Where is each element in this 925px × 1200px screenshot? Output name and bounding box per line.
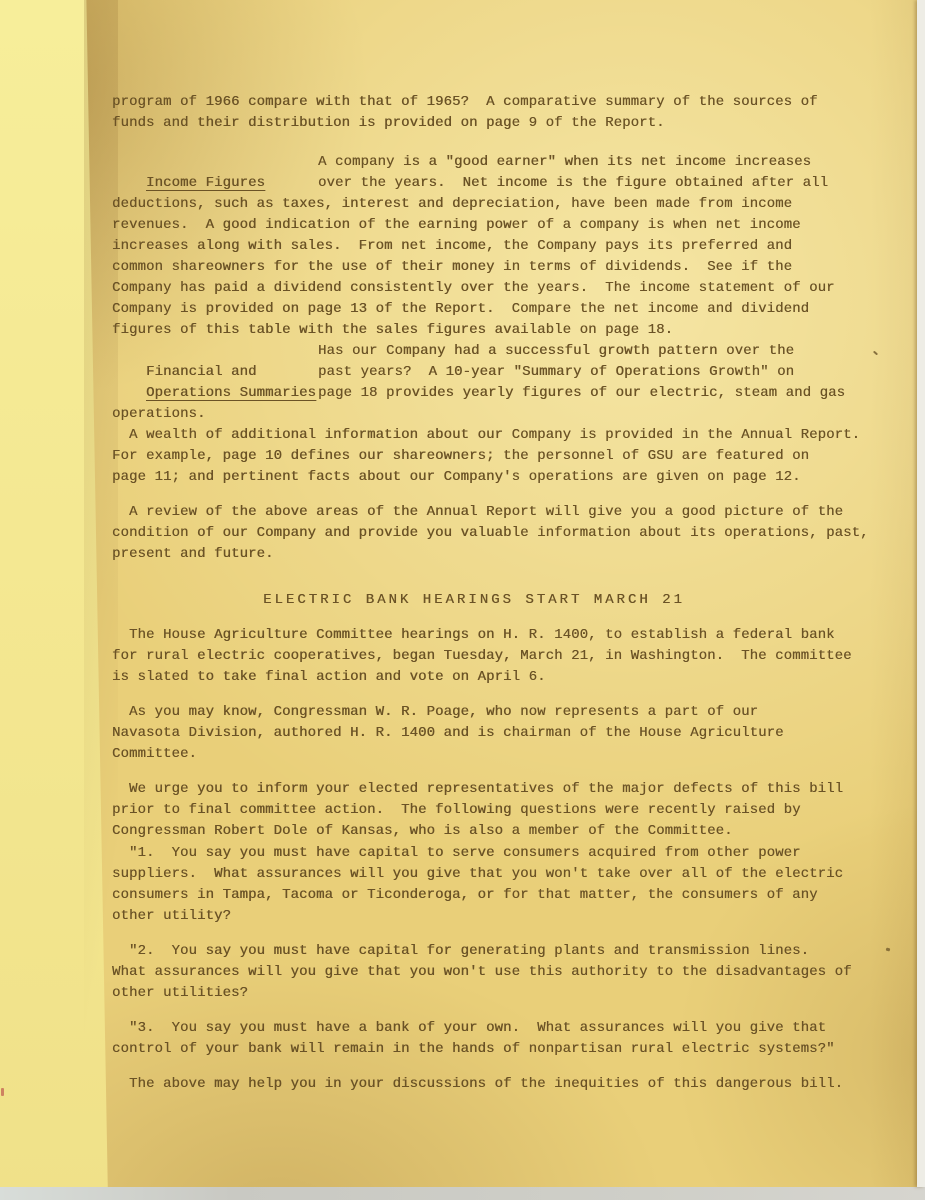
typed-line: We urge you to inform your elected repre… — [112, 779, 843, 800]
typed-line: funds and their distribution is provided… — [112, 113, 665, 134]
typed-line: common shareowners for the use of their … — [112, 257, 792, 278]
article-title: ELECTRIC BANK HEARINGS START MARCH 21 — [112, 590, 836, 611]
typed-line: A wealth of additional information about… — [112, 425, 860, 446]
typed-line: Congressman Robert Dole of Kansas, who i… — [112, 821, 733, 842]
typed-line: other utility? — [112, 906, 231, 927]
typed-line: Navasota Division, authored H. R. 1400 a… — [112, 723, 784, 744]
typed-line: condition of our Company and provide you… — [112, 523, 869, 544]
typed-line: Company is provided on page 13 of the Re… — [112, 299, 809, 320]
typed-line: is slated to take final action and vote … — [112, 667, 546, 688]
typed-line: "1. You say you must have capital to ser… — [112, 843, 801, 864]
scanned-document-page: { "paper": { "colors": { "page": "#e9cf7… — [0, 0, 925, 1200]
typed-line: past years? A 10-year "Summary of Operat… — [318, 362, 794, 383]
typed-line: deductions, such as taxes, interest and … — [112, 194, 792, 215]
section-row: Operations Summaries past years? A 10-ye… — [112, 362, 316, 383]
typed-text: program of 1966 compare with that of 196… — [0, 0, 925, 1200]
typed-line: program of 1966 compare with that of 196… — [112, 92, 818, 113]
typed-line: A review of the above areas of the Annua… — [112, 502, 843, 523]
typed-line: "3. You say you must have a bank of your… — [112, 1018, 826, 1039]
section-row: Financial and Has our Company had a succ… — [112, 341, 257, 362]
typed-line: other utilities? — [112, 983, 248, 1004]
typed-line: What assurances will you give that you w… — [112, 962, 852, 983]
typed-line: control of your bank will remain in the … — [112, 1039, 835, 1060]
typed-line: present and future. — [112, 544, 274, 565]
typed-line: suppliers. What assurances will you give… — [112, 864, 843, 885]
typed-line: Committee. — [112, 744, 197, 765]
typed-line: operations. — [112, 404, 206, 425]
section-heading-income-figures: Income Figures — [146, 175, 265, 191]
typed-line: The above may help you in your discussio… — [112, 1074, 843, 1095]
typed-line: Company has paid a dividend consistently… — [112, 278, 835, 299]
typed-line: figures of this table with the sales fig… — [112, 320, 673, 341]
typed-line: The House Agriculture Committee hearings… — [112, 625, 835, 646]
typed-line: page 18 provides yearly figures of our e… — [318, 383, 845, 404]
typed-line: For example, page 10 defines our shareow… — [112, 446, 809, 467]
typed-line: Has our Company had a successful growth … — [318, 341, 794, 362]
typed-line: "2. You say you must have capital for ge… — [112, 941, 809, 962]
typed-line: over the years. Net income is the figure… — [318, 173, 828, 194]
section-row: Income Figures A company is a "good earn… — [112, 152, 265, 173]
typed-line: prior to final committee action. The fol… — [112, 800, 801, 821]
typed-line: revenues. A good indication of the earni… — [112, 215, 801, 236]
typed-line: A company is a "good earner" when its ne… — [318, 152, 811, 173]
section-heading-operations-summaries: Operations Summaries — [146, 385, 316, 401]
typed-line: As you may know, Congressman W. R. Poage… — [112, 702, 758, 723]
typed-line: for rural electric cooperatives, began T… — [112, 646, 852, 667]
typed-line: page 11; and pertinent facts about our C… — [112, 467, 801, 488]
typed-line: increases along with sales. From net inc… — [112, 236, 792, 257]
typed-line: consumers in Tampa, Tacoma or Ticonderog… — [112, 885, 818, 906]
